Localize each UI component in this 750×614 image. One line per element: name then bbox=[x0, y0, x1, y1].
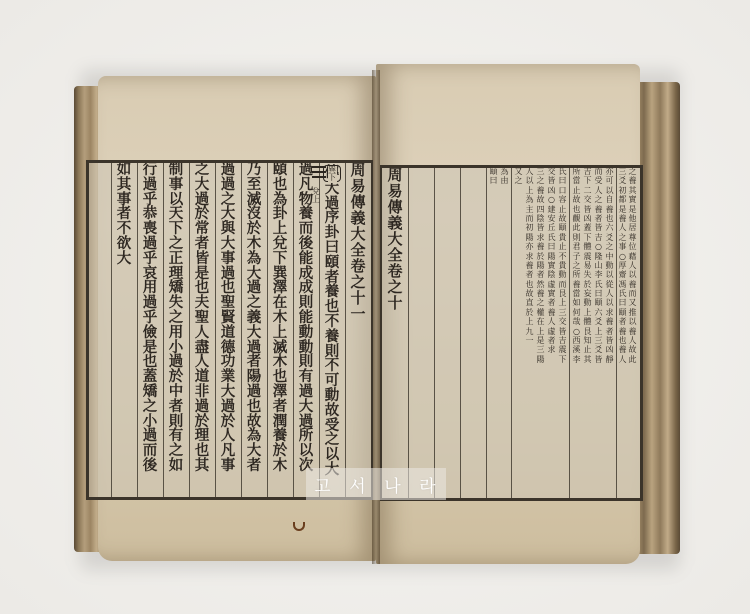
character: 一 bbox=[350, 307, 365, 322]
character: 自 bbox=[606, 196, 614, 204]
character: 齋 bbox=[619, 271, 627, 279]
character: 厚 bbox=[619, 262, 627, 270]
character: 以 bbox=[629, 318, 637, 326]
character: 求 bbox=[548, 346, 556, 354]
character: ○ bbox=[595, 243, 602, 251]
character: 三 bbox=[559, 309, 567, 317]
character: 養 bbox=[619, 215, 627, 223]
character: 上 bbox=[537, 328, 545, 336]
character: 為 bbox=[501, 168, 509, 176]
column-rule bbox=[215, 163, 216, 497]
character: 馮 bbox=[619, 281, 627, 289]
character: 陽 bbox=[526, 234, 534, 242]
watermark-char: 라 bbox=[419, 472, 437, 497]
character: 頤 bbox=[490, 168, 498, 176]
character: 也 bbox=[606, 215, 614, 223]
character: 者 bbox=[548, 299, 556, 307]
character: 氏 bbox=[595, 281, 603, 289]
character: 也 bbox=[573, 206, 581, 214]
character: 是 bbox=[629, 206, 637, 214]
character: 曰 bbox=[548, 243, 556, 251]
character: 上 bbox=[584, 309, 592, 317]
commentary-column: 為由 bbox=[499, 168, 510, 498]
watermark-char: 나 bbox=[384, 472, 402, 497]
character: 之 bbox=[629, 168, 637, 176]
character: 主 bbox=[526, 206, 534, 214]
character: 者 bbox=[548, 337, 556, 345]
text-column-6: 之大過於常者皆是也夫聖人盡人道非過於理也其 bbox=[191, 163, 213, 497]
character: 故 bbox=[573, 196, 581, 204]
character: 觀 bbox=[573, 215, 581, 223]
character: 皆 bbox=[537, 224, 545, 232]
character: 傳 bbox=[350, 195, 365, 210]
character: 曰 bbox=[619, 299, 627, 307]
character: 他 bbox=[629, 215, 637, 223]
character: 凶 bbox=[606, 346, 614, 354]
character: 居 bbox=[629, 224, 637, 232]
character: 可 bbox=[606, 177, 614, 185]
character: 而 bbox=[559, 281, 567, 289]
character: 養 bbox=[595, 206, 603, 214]
character: 易 bbox=[350, 179, 365, 194]
character: 為 bbox=[526, 196, 534, 204]
character: 此 bbox=[573, 224, 581, 232]
character: 艮 bbox=[584, 328, 592, 336]
character: 何 bbox=[573, 309, 581, 317]
character: 不 bbox=[559, 253, 567, 261]
character: 在 bbox=[537, 318, 545, 326]
text-column-4: 乃至滅沒於木為大過之義大過者陽過也故為大者 bbox=[243, 163, 265, 497]
character: 上 bbox=[526, 318, 534, 326]
character: 之 bbox=[537, 177, 545, 185]
character: 受 bbox=[595, 177, 603, 185]
character: 曰 bbox=[559, 177, 567, 185]
text-column-8: 行過乎恭喪過乎哀用過乎儉是也蓋矯之小過而後 bbox=[139, 163, 161, 497]
character: 陰 bbox=[537, 215, 545, 223]
character: 而 bbox=[526, 215, 534, 223]
character: 者 bbox=[526, 271, 534, 279]
character: 是 bbox=[619, 206, 627, 214]
character: 故 bbox=[537, 196, 545, 204]
column-rule bbox=[163, 163, 164, 497]
column-rule bbox=[111, 163, 112, 497]
character: 位 bbox=[629, 243, 637, 251]
character: 虛 bbox=[548, 281, 556, 289]
character: 交 bbox=[584, 196, 592, 204]
character: 知 bbox=[584, 337, 592, 345]
watermark: 고 서 나 라 bbox=[306, 468, 446, 500]
column-rule bbox=[434, 168, 435, 498]
character: 皆 bbox=[584, 206, 592, 214]
column-rule bbox=[460, 168, 461, 498]
character: 頤 bbox=[559, 224, 567, 232]
character: 人 bbox=[595, 187, 603, 195]
character: 二 bbox=[584, 187, 592, 195]
left-margin-label bbox=[91, 163, 109, 497]
hexagram-lower-label: 巽下 bbox=[328, 166, 337, 183]
character: 丘 bbox=[548, 224, 556, 232]
character: 皆 bbox=[595, 356, 603, 364]
character: 止 bbox=[559, 243, 567, 251]
commentary-column: 亦可以自養也六爻之中動以從人以求養者皆凶靜 bbox=[604, 168, 615, 498]
character: 三 bbox=[537, 346, 545, 354]
character: 皆 bbox=[559, 328, 567, 336]
character: 爻 bbox=[595, 346, 603, 354]
character: 求 bbox=[606, 309, 614, 317]
column-rule bbox=[569, 168, 570, 498]
character: 山 bbox=[595, 262, 603, 270]
commentary-column: 吉下二交皆凶蓋下體震易失於妄動上體艮知止其 bbox=[582, 168, 593, 498]
character: 其 bbox=[195, 459, 210, 474]
character: 於 bbox=[584, 281, 592, 289]
character: 養 bbox=[526, 262, 534, 270]
character: 李 bbox=[595, 271, 603, 279]
character: 養 bbox=[629, 328, 637, 336]
character: 下 bbox=[584, 234, 592, 242]
character: 以 bbox=[526, 177, 534, 185]
character: 求 bbox=[526, 253, 534, 261]
character: 都 bbox=[619, 196, 627, 204]
character: 一 bbox=[526, 337, 534, 345]
character: 卷 bbox=[350, 259, 365, 274]
text-column-7: 制事以天下之正理矯失之用小過於中者則有之如 bbox=[165, 163, 187, 497]
character: 三 bbox=[595, 337, 603, 345]
character: 蓋 bbox=[584, 224, 592, 232]
character: 中 bbox=[606, 253, 614, 261]
character: 全 bbox=[387, 248, 402, 263]
character: 人 bbox=[526, 168, 534, 176]
character: 而 bbox=[595, 168, 603, 176]
character: 養 bbox=[619, 346, 627, 354]
hexagram-daguo: 巽下 兌上 bbox=[312, 166, 346, 226]
character: 止 bbox=[559, 206, 567, 214]
character: 交 bbox=[548, 168, 556, 176]
character: 者 bbox=[595, 215, 603, 223]
character: 周 bbox=[350, 163, 365, 178]
character: 故 bbox=[559, 215, 567, 223]
character: 君 bbox=[573, 243, 581, 251]
character: 養 bbox=[629, 177, 637, 185]
character: 以 bbox=[606, 187, 614, 195]
character: 貴 bbox=[559, 262, 567, 270]
character: 實 bbox=[629, 196, 637, 204]
character: 養 bbox=[619, 328, 627, 336]
character: 吉 bbox=[584, 168, 592, 176]
character: 則 bbox=[573, 234, 581, 242]
character: 六 bbox=[606, 224, 614, 232]
character: 者 bbox=[537, 271, 545, 279]
character: 之 bbox=[387, 280, 402, 295]
character: 四 bbox=[537, 206, 545, 214]
character: 養 bbox=[548, 309, 556, 317]
character: 是 bbox=[537, 337, 545, 345]
character: 下 bbox=[584, 177, 592, 185]
character: 之 bbox=[619, 234, 627, 242]
character: 交 bbox=[559, 318, 567, 326]
character: 哉 bbox=[573, 318, 581, 326]
character: 養 bbox=[573, 281, 581, 289]
character: 陽 bbox=[548, 253, 556, 261]
commentary-column: 所當止故也觀此則君子之所養當如何哉○西溪李 bbox=[571, 168, 582, 498]
character: 然 bbox=[537, 281, 545, 289]
character: 爻 bbox=[619, 177, 627, 185]
character: 人 bbox=[619, 356, 627, 364]
character: 氏 bbox=[559, 168, 567, 176]
character: 義 bbox=[387, 216, 402, 231]
character: 求 bbox=[537, 234, 545, 242]
character: 人 bbox=[629, 262, 637, 270]
character: 大 bbox=[387, 232, 402, 247]
commentary-column: 氏曰口容止故頤貴止不貴動而艮上三交皆吉震下 bbox=[557, 168, 568, 498]
character: 皆 bbox=[595, 224, 603, 232]
character: 當 bbox=[573, 177, 581, 185]
character: 凶 bbox=[548, 187, 556, 195]
character: 權 bbox=[537, 309, 545, 317]
character: 事 bbox=[619, 243, 627, 251]
character: 體 bbox=[584, 318, 592, 326]
hexagram-upper-label: 兌上 bbox=[312, 188, 321, 205]
character: 故 bbox=[526, 290, 534, 298]
character: 之 bbox=[537, 299, 545, 307]
character: 木 bbox=[273, 459, 288, 474]
character: 易 bbox=[584, 262, 592, 270]
character: 爻 bbox=[595, 318, 603, 326]
column-rule bbox=[293, 163, 294, 497]
character: 皆 bbox=[548, 177, 556, 185]
character: 之 bbox=[573, 262, 581, 270]
character: 又 bbox=[515, 168, 523, 176]
character: 動 bbox=[606, 262, 614, 270]
character: 藉 bbox=[629, 253, 637, 261]
character: 貴 bbox=[559, 234, 567, 242]
character: 上 bbox=[526, 187, 534, 195]
column-rule bbox=[511, 168, 512, 498]
character: 曰 bbox=[490, 177, 498, 185]
character: 養 bbox=[537, 187, 545, 195]
character: ○ bbox=[573, 328, 580, 336]
character: 陽 bbox=[537, 262, 545, 270]
character: 六 bbox=[595, 309, 603, 317]
character: 子 bbox=[573, 253, 581, 261]
character: 吉 bbox=[559, 337, 567, 345]
character: 此 bbox=[629, 356, 637, 364]
character: 所 bbox=[573, 168, 581, 176]
character: 人 bbox=[548, 318, 556, 326]
character: 從 bbox=[606, 281, 614, 289]
character: 人 bbox=[619, 224, 627, 232]
column-rule bbox=[408, 168, 409, 498]
character: 陽 bbox=[537, 356, 545, 364]
character: 養 bbox=[629, 281, 637, 289]
character: 者 bbox=[619, 318, 627, 326]
character: 凶 bbox=[584, 215, 592, 223]
watermark-char: 서 bbox=[349, 472, 367, 497]
character: 養 bbox=[606, 318, 614, 326]
character: 動 bbox=[584, 299, 592, 307]
character: 溪 bbox=[573, 346, 581, 354]
character: 亦 bbox=[526, 243, 534, 251]
character: ○ bbox=[619, 253, 626, 261]
character: 直 bbox=[526, 299, 534, 307]
column-rule bbox=[267, 163, 268, 497]
character: 後 bbox=[143, 459, 158, 474]
character: 止 bbox=[573, 187, 581, 195]
character: 妄 bbox=[584, 290, 592, 298]
character: 上 bbox=[559, 299, 567, 307]
character: 曰 bbox=[595, 290, 603, 298]
character: 尊 bbox=[629, 234, 637, 242]
commentary-column: 又之 bbox=[513, 168, 524, 498]
character: 實 bbox=[548, 290, 556, 298]
character: 易 bbox=[387, 184, 402, 199]
character: 也 bbox=[619, 337, 627, 345]
character: 全 bbox=[350, 243, 365, 258]
character: 口 bbox=[559, 187, 567, 195]
commentary-column: 頤曰 bbox=[488, 168, 499, 498]
character: 養 bbox=[537, 243, 545, 251]
character: 事 bbox=[221, 459, 236, 474]
character: 其 bbox=[629, 187, 637, 195]
character: 初 bbox=[526, 224, 534, 232]
character: 陰 bbox=[548, 271, 556, 279]
column-rule bbox=[189, 163, 190, 497]
text-column-3: 頤也為卦上兌下巽澤在木上滅木也澤者潤養於木 bbox=[269, 163, 291, 497]
character: 頤 bbox=[619, 309, 627, 317]
character: 之 bbox=[515, 177, 523, 185]
commentary-column: 之養其實是他居尊位藉人以養而又推以養人故此 bbox=[627, 168, 638, 498]
character: 人 bbox=[629, 337, 637, 345]
hexagram-lines-icon bbox=[312, 166, 326, 181]
character: 十 bbox=[387, 296, 402, 311]
character: 人 bbox=[606, 290, 614, 298]
character: 推 bbox=[629, 309, 637, 317]
character: 其 bbox=[584, 356, 592, 364]
character: 如 bbox=[573, 299, 581, 307]
column-rule bbox=[241, 163, 242, 497]
character: 震 bbox=[584, 253, 592, 261]
character: 於 bbox=[537, 253, 545, 261]
character: 爻 bbox=[606, 234, 614, 242]
character: 震 bbox=[559, 346, 567, 354]
character: 以 bbox=[606, 299, 614, 307]
character: 李 bbox=[573, 356, 581, 364]
commentary-column: 而受人之養者皆吉○隆山李氏曰頤六爻上三爻皆 bbox=[593, 168, 604, 498]
commentary-column: 交皆凶○建安丘氏曰陽實陰虛實者養人虛者求 bbox=[546, 168, 557, 498]
character: 周 bbox=[387, 168, 402, 183]
right-page-print-frame: 周易傳義大全卷之十 頤曰 為由 又之 人以上為主而初陽亦求養者也故直於上九一 三… bbox=[380, 165, 643, 501]
character: 於 bbox=[526, 309, 534, 317]
character: 失 bbox=[584, 271, 592, 279]
character: 建 bbox=[548, 206, 556, 214]
commentary-column: 三之養故四陰皆求養於陽者然養之權在上是三陽 bbox=[535, 168, 546, 498]
character: 大 bbox=[350, 227, 365, 242]
character: 止 bbox=[584, 346, 592, 354]
watermark-char: 고 bbox=[314, 472, 332, 497]
character: 而 bbox=[629, 290, 637, 298]
character: 也 bbox=[526, 281, 534, 289]
character: 初 bbox=[619, 187, 627, 195]
commentary-column: 人以上為主而初陽亦求養者也故直於上九一 bbox=[524, 168, 535, 498]
character: 三 bbox=[619, 168, 627, 176]
character: 卷 bbox=[387, 264, 402, 279]
character: 安 bbox=[548, 215, 556, 223]
character: 之 bbox=[350, 275, 365, 290]
character: 皆 bbox=[606, 337, 614, 345]
column-rule bbox=[486, 168, 487, 498]
character: 九 bbox=[526, 328, 534, 336]
character: 體 bbox=[584, 243, 592, 251]
character: 者 bbox=[247, 459, 262, 474]
character: 上 bbox=[595, 328, 603, 336]
character: 傳 bbox=[387, 200, 402, 215]
volume-title-left: 周易傳義大全卷之十一 bbox=[347, 163, 369, 497]
character: 虛 bbox=[548, 328, 556, 336]
character: ○ bbox=[548, 196, 555, 204]
character: 養 bbox=[537, 290, 545, 298]
character: 所 bbox=[573, 271, 581, 279]
character: 之 bbox=[595, 196, 603, 204]
character: 又 bbox=[629, 299, 637, 307]
character: 以 bbox=[606, 271, 614, 279]
character: 實 bbox=[548, 262, 556, 270]
character: 氏 bbox=[619, 290, 627, 298]
character: 艮 bbox=[559, 290, 567, 298]
character: 者 bbox=[606, 328, 614, 336]
character: 以 bbox=[629, 271, 637, 279]
character: 靜 bbox=[606, 356, 614, 364]
character: 十 bbox=[350, 291, 365, 306]
character: 容 bbox=[559, 196, 567, 204]
text-column-5: 過過之大與大事過也聖賢道德功業大過於人凡事 bbox=[217, 163, 239, 497]
character: 三 bbox=[537, 168, 545, 176]
character: 隆 bbox=[595, 253, 603, 261]
character: 由 bbox=[501, 177, 509, 185]
character: 之 bbox=[606, 243, 614, 251]
character: 氏 bbox=[548, 234, 556, 242]
character: 動 bbox=[559, 271, 567, 279]
character: 養 bbox=[606, 206, 614, 214]
character: 如 bbox=[169, 459, 184, 474]
character: 亦 bbox=[606, 168, 614, 176]
character: 西 bbox=[573, 337, 581, 345]
character: 故 bbox=[629, 346, 637, 354]
character: 當 bbox=[573, 290, 581, 298]
volume-title-right: 周易傳義大全卷之十 bbox=[384, 168, 406, 498]
character: 頤 bbox=[595, 299, 603, 307]
character: 吉 bbox=[595, 234, 603, 242]
character: 下 bbox=[559, 356, 567, 364]
character: 義 bbox=[350, 211, 365, 226]
